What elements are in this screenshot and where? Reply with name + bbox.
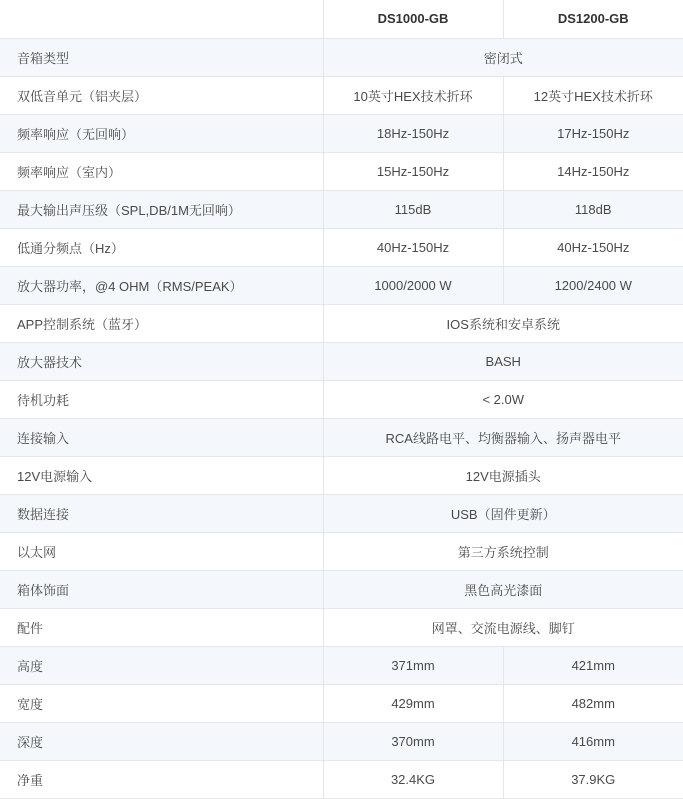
row-label: 双低音单元（铝夹层）	[0, 76, 323, 114]
table-row: 净重32.4KG37.9KG	[0, 760, 683, 798]
header-col-ds1200: DS1200-GB	[503, 0, 683, 38]
table-row: 宽度429mm482mm	[0, 684, 683, 722]
value-cell-ds1000: 429mm	[323, 684, 503, 722]
table-row: 深度370mm416mm	[0, 722, 683, 760]
table-row: APP控制系统（蓝牙）IOS系统和安卓系统	[0, 304, 683, 342]
row-label: 低通分频点（Hz）	[0, 228, 323, 266]
value-cell-ds1200: 40Hz-150Hz	[503, 228, 683, 266]
value-span-cell: < 2.0W	[323, 380, 683, 418]
row-label: 最大输出声压级（SPL,DB/1M无回响）	[0, 190, 323, 228]
table-row: 高度371mm421mm	[0, 646, 683, 684]
table-row: 箱体饰面黑色高光漆面	[0, 570, 683, 608]
table-row: 连接输入RCA线路电平、均衡器输入、扬声器电平	[0, 418, 683, 456]
value-span-cell: USB（固件更新）	[323, 494, 683, 532]
value-span-cell: RCA线路电平、均衡器输入、扬声器电平	[323, 418, 683, 456]
value-span-cell: 网罩、交流电源线、脚钉	[323, 608, 683, 646]
row-label: 音箱类型	[0, 38, 323, 76]
row-label: 以太网	[0, 532, 323, 570]
table-row: 12V电源输入12V电源插头	[0, 456, 683, 494]
table-row: 数据连接USB（固件更新）	[0, 494, 683, 532]
value-cell-ds1200: 14Hz-150Hz	[503, 152, 683, 190]
value-cell-ds1000: 370mm	[323, 722, 503, 760]
row-label: 数据连接	[0, 494, 323, 532]
table-row: 频率响应（无回响）18Hz-150Hz17Hz-150Hz	[0, 114, 683, 152]
value-cell-ds1200: 37.9KG	[503, 760, 683, 798]
spec-table-body: 音箱类型密闭式双低音单元（铝夹层）10英寸HEX技术折环12英寸HEX技术折环频…	[0, 38, 683, 798]
table-row: 双低音单元（铝夹层）10英寸HEX技术折环12英寸HEX技术折环	[0, 76, 683, 114]
table-row: 最大输出声压级（SPL,DB/1M无回响）115dB118dB	[0, 190, 683, 228]
table-row: 频率响应（室内）15Hz-150Hz14Hz-150Hz	[0, 152, 683, 190]
row-label: 箱体饰面	[0, 570, 323, 608]
header-row: DS1000-GB DS1200-GB	[0, 0, 683, 38]
header-col-ds1000: DS1000-GB	[323, 0, 503, 38]
row-label: 配件	[0, 608, 323, 646]
row-label: 连接输入	[0, 418, 323, 456]
value-span-cell: BASH	[323, 342, 683, 380]
table-row: 放大器功率，@4 OHM（RMS/PEAK）1000/2000 W1200/24…	[0, 266, 683, 304]
value-span-cell: 密闭式	[323, 38, 683, 76]
value-cell-ds1000: 371mm	[323, 646, 503, 684]
value-cell-ds1000: 18Hz-150Hz	[323, 114, 503, 152]
row-label: 12V电源输入	[0, 456, 323, 494]
spec-table-header: DS1000-GB DS1200-GB	[0, 0, 683, 38]
value-cell-ds1000: 32.4KG	[323, 760, 503, 798]
row-label: 宽度	[0, 684, 323, 722]
value-span-cell: 黑色高光漆面	[323, 570, 683, 608]
spec-table: DS1000-GB DS1200-GB 音箱类型密闭式双低音单元（铝夹层）10英…	[0, 0, 683, 799]
row-label: 待机功耗	[0, 380, 323, 418]
table-row: 待机功耗< 2.0W	[0, 380, 683, 418]
table-row: 放大器技术BASH	[0, 342, 683, 380]
table-row: 低通分频点（Hz）40Hz-150Hz40Hz-150Hz	[0, 228, 683, 266]
value-cell-ds1000: 15Hz-150Hz	[323, 152, 503, 190]
row-label: APP控制系统（蓝牙）	[0, 304, 323, 342]
value-cell-ds1200: 421mm	[503, 646, 683, 684]
value-span-cell: 12V电源插头	[323, 456, 683, 494]
value-cell-ds1000: 1000/2000 W	[323, 266, 503, 304]
header-empty-cell	[0, 0, 323, 38]
table-row: 音箱类型密闭式	[0, 38, 683, 76]
value-cell-ds1200: 118dB	[503, 190, 683, 228]
value-span-cell: 第三方系统控制	[323, 532, 683, 570]
value-cell-ds1200: 416mm	[503, 722, 683, 760]
table-row: 以太网第三方系统控制	[0, 532, 683, 570]
row-label: 深度	[0, 722, 323, 760]
value-cell-ds1000: 10英寸HEX技术折环	[323, 76, 503, 114]
value-cell-ds1200: 12英寸HEX技术折环	[503, 76, 683, 114]
value-cell-ds1200: 17Hz-150Hz	[503, 114, 683, 152]
value-span-cell: IOS系统和安卓系统	[323, 304, 683, 342]
row-label: 频率响应（室内）	[0, 152, 323, 190]
row-label: 放大器功率，@4 OHM（RMS/PEAK）	[0, 266, 323, 304]
value-cell-ds1200: 482mm	[503, 684, 683, 722]
value-cell-ds1000: 115dB	[323, 190, 503, 228]
row-label: 放大器技术	[0, 342, 323, 380]
table-row: 配件网罩、交流电源线、脚钉	[0, 608, 683, 646]
row-label: 净重	[0, 760, 323, 798]
value-cell-ds1000: 40Hz-150Hz	[323, 228, 503, 266]
row-label: 频率响应（无回响）	[0, 114, 323, 152]
value-cell-ds1200: 1200/2400 W	[503, 266, 683, 304]
row-label: 高度	[0, 646, 323, 684]
